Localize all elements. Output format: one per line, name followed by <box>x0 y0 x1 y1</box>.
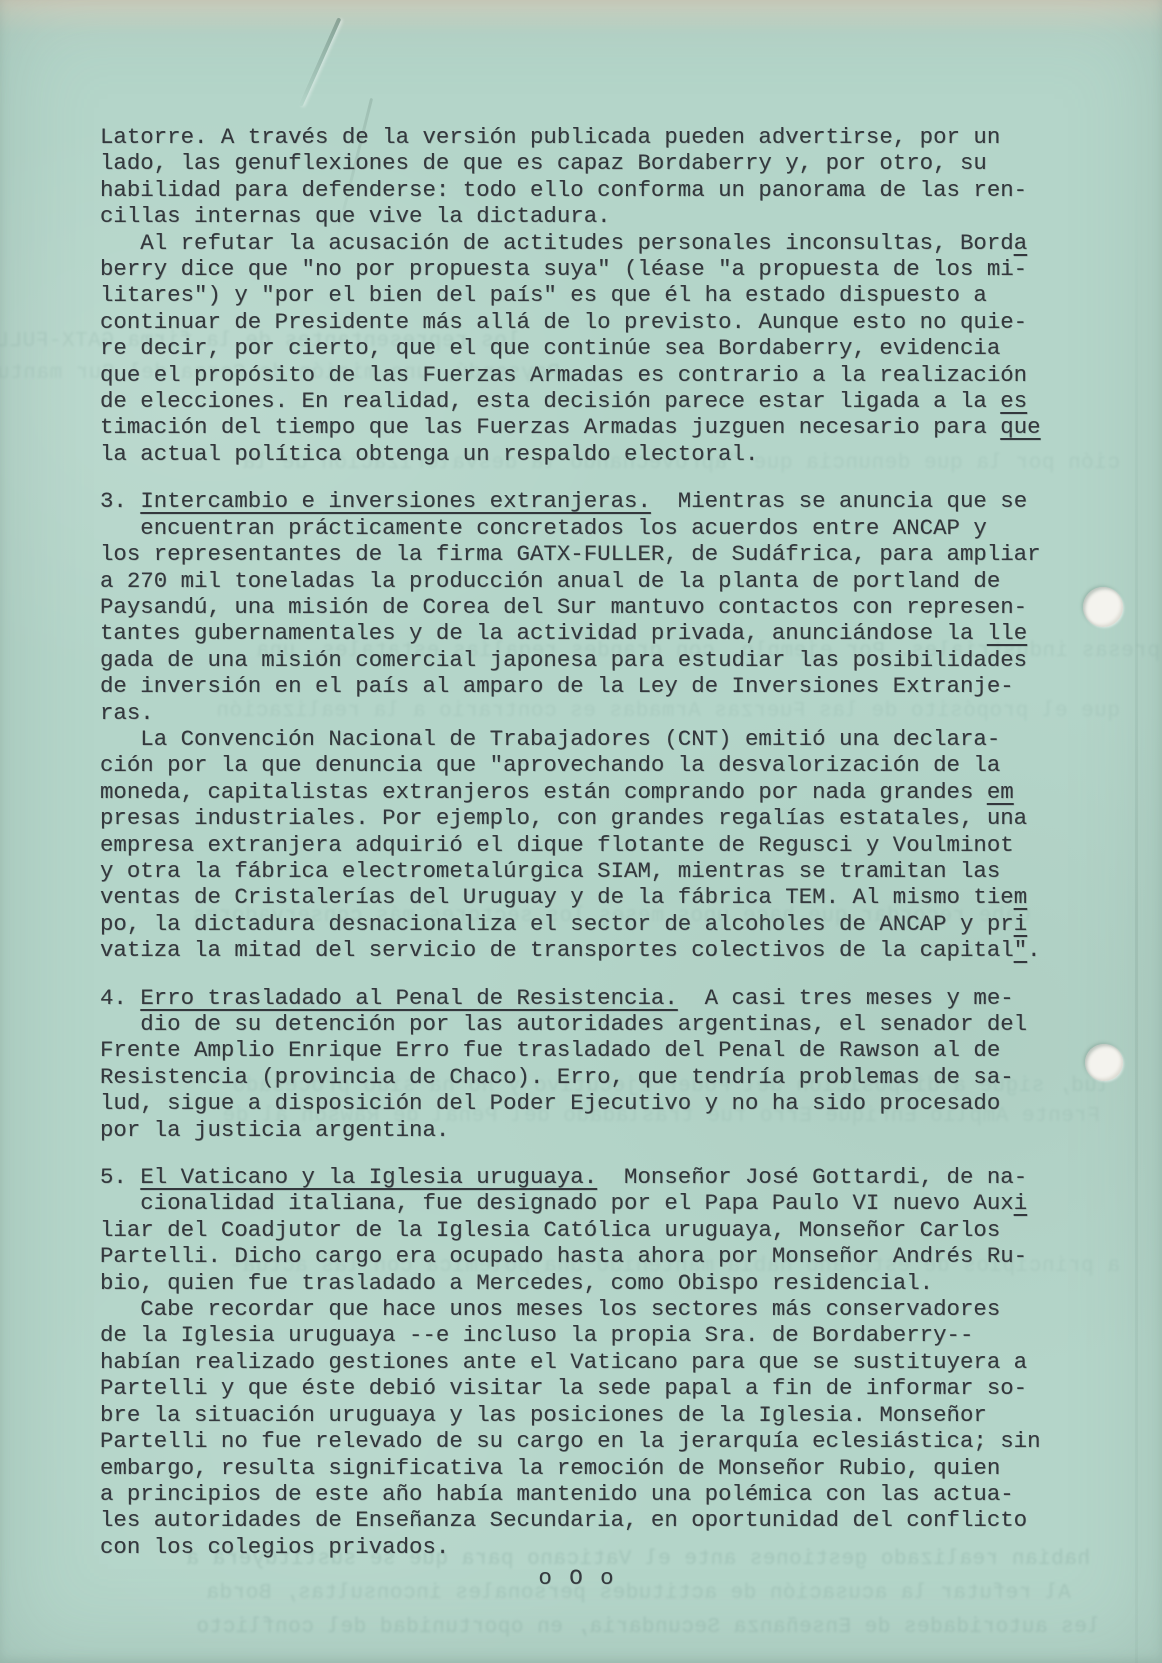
document-line: ventas de Cristalerías del Uruguay y de … <box>100 884 1060 910</box>
bleedthrough-text: les autoridades de Enseñanza Secundaria,… <box>90 1616 1100 1639</box>
text-run: de inversión en el país al amparo de la … <box>100 673 1014 699</box>
text-run: A casi tres meses y me- <box>678 985 1014 1011</box>
document-line: Paysandú, una misión de Corea del Sur ma… <box>100 594 1060 620</box>
document-line: lado, las genuflexiones de que es capaz … <box>100 150 1060 176</box>
document-line: 4. Erro trasladado al Penal de Resistenc… <box>100 985 1060 1011</box>
document-line: ras. <box>100 700 1060 726</box>
document-line: gada de una misión comercial japonesa pa… <box>100 647 1060 673</box>
document-line: Cabe recordar que hace unos meses los se… <box>100 1296 1060 1322</box>
document-line: de inversión en el país al amparo de la … <box>100 673 1060 699</box>
document-line: po, la dictadura desnacionaliza el secto… <box>100 911 1060 937</box>
document-line: ción por la que denuncia que "aprovechan… <box>100 752 1060 778</box>
document-line: la actual política obtenga un respaldo e… <box>100 441 1060 467</box>
text-run: litares") y "por el bien del país" es qu… <box>100 282 987 308</box>
text-run: ción por la que denuncia que "aprovechan… <box>100 752 1000 778</box>
text-run: Resistencia (provincia de Chaco). Erro, … <box>100 1064 1014 1090</box>
underlined-text: El Vaticano y la Iglesia uruguaya. <box>140 1164 597 1190</box>
underlined-text: m <box>1014 884 1027 910</box>
paragraph-al-refutar: Al refutar la acusación de actitudes per… <box>100 230 1060 468</box>
text-run: les autoridades de Enseñanza Secundaria,… <box>100 1507 1027 1533</box>
section-3-intercambio: 3. Intercambio e inversiones extranjeras… <box>100 488 1060 726</box>
text-run: vatiza la mitad del servicio de transpor… <box>100 937 1014 963</box>
text-run: Monseñor José Gottardi, de na- <box>597 1164 1027 1190</box>
underlined-text: lle <box>987 620 1027 646</box>
document-line: La Convención Nacional de Trabajadores (… <box>100 726 1060 752</box>
text-run: presas industriales. Por ejemplo, con gr… <box>100 805 1027 831</box>
underlined-text: que <box>1000 414 1040 440</box>
document-line: los representantes de la firma GATX-FULL… <box>100 541 1060 567</box>
document-line: Frente Amplio Enrique Erro fue trasladad… <box>100 1037 1060 1063</box>
document-line: de la Iglesia uruguaya --e incluso la pr… <box>100 1322 1060 1348</box>
document-line: presas industriales. Por ejemplo, con gr… <box>100 805 1060 831</box>
document-line: a principios de este año había mantenido… <box>100 1481 1060 1507</box>
text-run: por la justicia argentina. <box>100 1117 449 1143</box>
section-5-vaticano: 5. El Vaticano y la Iglesia uruguaya. Mo… <box>100 1164 1060 1296</box>
underlined-text: em <box>987 779 1014 805</box>
text-run: dio de su detención por las autoridades … <box>100 1011 1027 1037</box>
text-run: liar del Coadjutor de la Iglesia Católic… <box>100 1217 1000 1243</box>
text-run: tantes gubernamentales y de la actividad… <box>100 620 987 646</box>
text-run: Latorre. A través de la versión publicad… <box>100 124 1000 150</box>
document-line: Partelli y que éste debió visitar la sed… <box>100 1375 1060 1401</box>
section-4-erro: 4. Erro trasladado al Penal de Resistenc… <box>100 985 1060 1143</box>
document-line: cillas internas que vive la dictadura. <box>100 203 1060 229</box>
underlined-text: Intercambio e inversiones extranjeras. <box>140 488 651 514</box>
underlined-text: i <box>1014 911 1027 937</box>
text-run: ventas de Cristalerías del Uruguay y de … <box>100 884 1014 910</box>
text-run: cillas internas que vive la dictadura. <box>100 203 611 229</box>
document-line: liar del Coadjutor de la Iglesia Católic… <box>100 1217 1060 1243</box>
document-line: empresa extranjera adquirió el dique flo… <box>100 832 1060 858</box>
document-line: de elecciones. En realidad, esta decisió… <box>100 388 1060 414</box>
text-run: cionalidad italiana, fue designado por e… <box>100 1190 1014 1216</box>
document-body: Latorre. A través de la versión publicad… <box>100 124 1060 1592</box>
text-run: . <box>1027 937 1040 963</box>
document-line: y otra la fábrica electrometalúrgica SIA… <box>100 858 1060 884</box>
text-run: habían realizado gestiones ante el Vatic… <box>100 1349 1027 1375</box>
text-run: 5. <box>100 1164 140 1190</box>
text-run: 4. <box>100 985 140 1011</box>
paragraph-cnt: La Convención Nacional de Trabajadores (… <box>100 726 1060 964</box>
document-line: con los colegios privados. <box>100 1534 1060 1560</box>
text-run: Partelli no fue relevado de su cargo en … <box>100 1428 1041 1454</box>
text-run: berry dice que "no por propuesta suya" (… <box>100 256 1027 282</box>
text-run: 3. <box>100 488 140 514</box>
paragraph-cabe-recordar: Cabe recordar que hace unos meses los se… <box>100 1296 1060 1560</box>
underlined-text: i <box>1014 1190 1027 1216</box>
text-run: po, la dictadura desnacionaliza el secto… <box>100 911 1014 937</box>
document-line: lud, sigue a disposición del Poder Ejecu… <box>100 1090 1060 1116</box>
text-run: moneda, capitalistas extranjeros están c… <box>100 779 987 805</box>
document-line: vatiza la mitad del servicio de transpor… <box>100 937 1060 963</box>
text-run: con los colegios privados. <box>100 1534 449 1560</box>
text-run: ras. <box>100 700 154 726</box>
text-run: los representantes de la firma GATX-FULL… <box>100 541 1041 567</box>
text-run: bre la situación uruguaya y las posicion… <box>100 1402 987 1428</box>
text-run: que el propósito de las Fuerzas Armadas … <box>100 362 1027 388</box>
paper-crease <box>299 17 342 106</box>
text-run: de elecciones. En realidad, esta decisió… <box>100 388 1000 414</box>
document-line: por la justicia argentina. <box>100 1117 1060 1143</box>
underlined-text: Erro trasladado al Penal de Resistencia. <box>140 985 677 1011</box>
document-line: re decir, por cierto, que el que continú… <box>100 335 1060 361</box>
document-line: cionalidad italiana, fue designado por e… <box>100 1190 1060 1216</box>
underlined-text: " <box>1014 937 1027 963</box>
document-line: a 270 mil toneladas la producción anual … <box>100 568 1060 594</box>
text-run: lado, las genuflexiones de que es capaz … <box>100 150 987 176</box>
document-line: habían realizado gestiones ante el Vatic… <box>100 1349 1060 1375</box>
text-run: La Convención Nacional de Trabajadores (… <box>100 726 1000 752</box>
text-run: timación del tiempo que las Fuerzas Arma… <box>100 414 1000 440</box>
text-run: Mientras se anuncia que se <box>651 488 1027 514</box>
hole-punch <box>1085 1044 1123 1081</box>
document-line: 5. El Vaticano y la Iglesia uruguaya. Mo… <box>100 1164 1060 1190</box>
document-line: litares") y "por el bien del país" es qu… <box>100 282 1060 308</box>
document-line: dio de su detención por las autoridades … <box>100 1011 1060 1037</box>
text-run: bio, quien fue trasladado a Mercedes, co… <box>100 1270 933 1296</box>
text-run: continuar de Presidente más allá de lo p… <box>100 309 1027 335</box>
document-line: que el propósito de las Fuerzas Armadas … <box>100 362 1060 388</box>
document-line: continuar de Presidente más allá de lo p… <box>100 309 1060 335</box>
text-run: Frente Amplio Enrique Erro fue trasladad… <box>100 1037 1000 1063</box>
document-line: Resistencia (provincia de Chaco). Erro, … <box>100 1064 1060 1090</box>
section-separator: o O o <box>100 1565 1054 1591</box>
paragraph-latorre: Latorre. A través de la versión publicad… <box>100 124 1060 230</box>
text-run: la actual política obtenga un respaldo e… <box>100 441 758 467</box>
text-run: empresa extranjera adquirió el dique flo… <box>100 832 1014 858</box>
document-line: timación del tiempo que las Fuerzas Arma… <box>100 414 1060 440</box>
text-run: a 270 mil toneladas la producción anual … <box>100 568 1000 594</box>
document-line: 3. Intercambio e inversiones extranjeras… <box>100 488 1060 514</box>
text-run: habilidad para defenderse: todo ello con… <box>100 177 1027 203</box>
document-line: embargo, resulta significativa la remoci… <box>100 1455 1060 1481</box>
document-line: Latorre. A través de la versión publicad… <box>100 124 1060 150</box>
text-run: lud, sigue a disposición del Poder Ejecu… <box>100 1090 1000 1116</box>
document-line: Partelli no fue relevado de su cargo en … <box>100 1428 1060 1454</box>
text-run: re decir, por cierto, que el que continú… <box>100 335 1000 361</box>
document-line: tantes gubernamentales y de la actividad… <box>100 620 1060 646</box>
text-run: Partelli y que éste debió visitar la sed… <box>100 1375 1027 1401</box>
text-run: a principios de este año había mantenido… <box>100 1481 1014 1507</box>
document-line: Partelli. Dicho cargo era ocupado hasta … <box>100 1243 1060 1269</box>
document-line: les autoridades de Enseñanza Secundaria,… <box>100 1507 1060 1533</box>
text-run: Cabe recordar que hace unos meses los se… <box>100 1296 1000 1322</box>
text-run: Paysandú, una misión de Corea del Sur ma… <box>100 594 1027 620</box>
document-line: Al refutar la acusación de actitudes per… <box>100 230 1060 256</box>
document-line: berry dice que "no por propuesta suya" (… <box>100 256 1060 282</box>
underlined-text: a <box>1014 230 1027 256</box>
text-run: y otra la fábrica electrometalúrgica SIA… <box>100 858 1000 884</box>
text-run: embargo, resulta significativa la remoci… <box>100 1455 1000 1481</box>
document-line: habilidad para defenderse: todo ello con… <box>100 177 1060 203</box>
document-scan-page: los representantes de la firma GATX-FULL… <box>0 0 1162 1663</box>
document-line: bre la situación uruguaya y las posicion… <box>100 1402 1060 1428</box>
text-run: de la Iglesia uruguaya --e incluso la pr… <box>100 1322 973 1348</box>
text-run: Partelli. Dicho cargo era ocupado hasta … <box>100 1243 1027 1269</box>
text-run: encuentran prácticamente concretados los… <box>100 515 987 541</box>
underlined-text: es <box>1000 388 1027 414</box>
text-run: gada de una misión comercial japonesa pa… <box>100 647 1027 673</box>
text-run: Al refutar la acusación de actitudes per… <box>100 230 1014 256</box>
document-line: encuentran prácticamente concretados los… <box>100 515 1060 541</box>
hole-punch <box>1083 587 1123 627</box>
document-line: moneda, capitalistas extranjeros están c… <box>100 779 1060 805</box>
document-line: bio, quien fue trasladado a Mercedes, co… <box>100 1270 1060 1296</box>
